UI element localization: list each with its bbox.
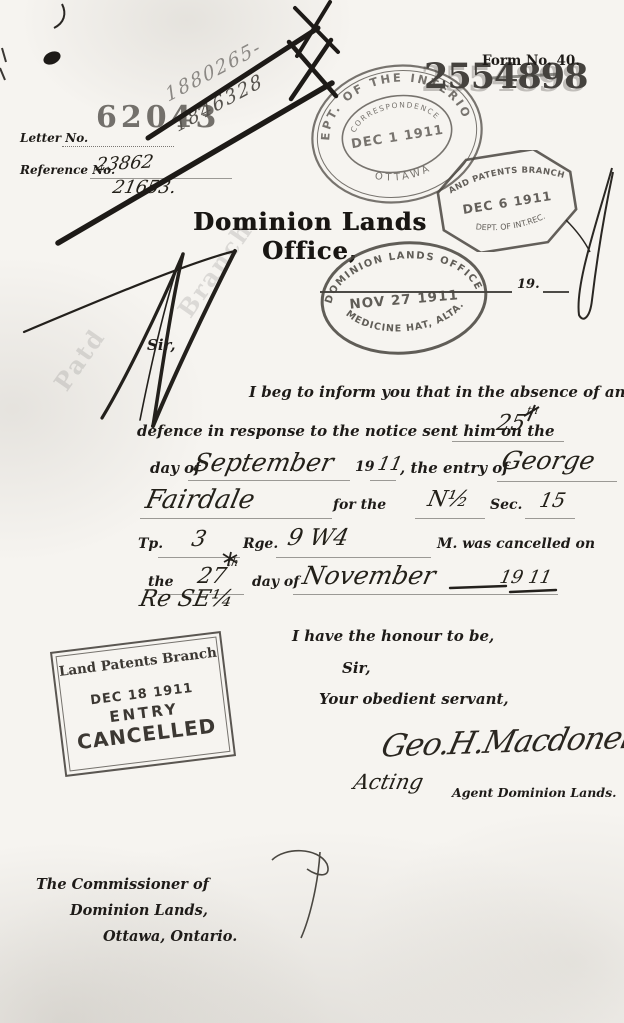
signature-acting-word: Acting	[351, 770, 425, 794]
form-number-label: Form No. 40.	[482, 53, 580, 69]
interior-stamp-bottom-text: OTTAWA	[372, 162, 434, 187]
signature-title-printed: Agent Dominion Lands.	[452, 785, 616, 800]
addressee-line-3: Ottawa, Ontario.	[103, 928, 237, 945]
day-cancelled-suffix: th	[226, 556, 240, 569]
year-cancelled-value: 19 11	[498, 567, 554, 588]
date-line-segment-b	[543, 291, 569, 293]
pen-bottom-squiggle	[272, 851, 328, 938]
octagon-stamp-date: DEC 6 1911	[461, 188, 553, 217]
meridian-cancelled-label: M. was cancelled on	[437, 536, 595, 552]
entry-of-label: , the entry of	[400, 459, 509, 477]
closing-servant-line: Your obedient servant,	[319, 690, 509, 708]
oval-stamp-date: NOV 27 1911	[349, 287, 460, 312]
letter-no-blank-line	[62, 146, 174, 147]
svg-text:DEPT. OF INT.REC.: DEPT. OF INT.REC.	[474, 211, 547, 236]
land-part-underline	[415, 518, 485, 519]
salutation: Sir,	[147, 336, 176, 354]
day-sent-value: 25	[494, 411, 527, 436]
tp-value: 3	[189, 527, 208, 552]
last-name-underline	[140, 518, 332, 519]
month-sent-underline	[188, 480, 350, 481]
entrant-last-name: Fairdale	[143, 485, 258, 515]
for-the-label: for the	[333, 497, 386, 513]
ink-blob	[41, 49, 62, 67]
addressee-line-2: Dominion Lands,	[70, 902, 208, 919]
first-name-underline	[497, 481, 617, 482]
tp-label: Tp.	[138, 536, 163, 552]
addressee-line-1: The Commissioner of	[36, 876, 209, 893]
entry-cancelled-stamp-inner: Land Patents Branch DEC 18 1911 ENTRY CA…	[56, 637, 231, 772]
day-sent-suffix: th	[526, 404, 540, 417]
medicine-hat-oval-stamp: DOMINION LANDS OFFICE NOV 27 1911 MEDICI…	[318, 240, 490, 358]
rge-label: Rge.	[243, 536, 278, 552]
ghost-stamp-word-1: Patd	[48, 323, 111, 396]
body-line-2: defence in response to the notice sent h…	[137, 422, 555, 440]
pen-x-mark-1	[295, 2, 338, 56]
signature: Geo.H.Macdonell	[378, 719, 624, 764]
svg-text:OTTAWA: OTTAWA	[372, 162, 434, 187]
rge-underline	[276, 557, 431, 558]
month-cancelled-value: November	[300, 561, 438, 590]
sec-underline	[525, 518, 575, 519]
margin-note: Re SE¼	[137, 586, 236, 612]
day-sent-underline	[452, 441, 564, 442]
interior-stamp-date: DEC 1 1911	[350, 123, 445, 152]
reference-value-2: 21653.	[111, 177, 178, 198]
month-cancelled-underline	[293, 594, 558, 595]
year-sent-underline	[370, 480, 396, 481]
rge-value: 9 W4	[285, 525, 351, 551]
scanned-letter-page: Patd Branch Form No. 40. 2554898 62043 1…	[0, 0, 624, 1023]
body-line-1: I beg to inform you that in the absence …	[249, 383, 624, 401]
day-of-label-2: day of	[252, 574, 299, 590]
month-sent-value: September	[191, 448, 336, 477]
pen-hook-top-left	[54, 4, 64, 28]
pen-left-edge-ticks	[0, 48, 6, 80]
sec-label: Sec.	[490, 497, 522, 513]
reference-value-1: 23862	[94, 151, 155, 175]
land-part-value: N½	[425, 487, 471, 512]
entry-cancelled-branch: Land Patents Branch	[58, 645, 219, 680]
closing-honour-line: I have the honour to be,	[292, 627, 494, 645]
closing-sir-line: Sir,	[342, 659, 371, 677]
year-sent-value: 11	[376, 453, 405, 475]
octagon-stamp-bottom-text: DEPT. OF INT.REC.	[474, 211, 547, 236]
sec-value: 15	[537, 488, 568, 512]
entry-cancelled-stamp: Land Patents Branch DEC 18 1911 ENTRY CA…	[50, 631, 236, 777]
entrant-first-name: George	[499, 446, 598, 475]
letter-no-label: Letter No.	[20, 131, 88, 145]
year-prefix-printed: 19	[355, 459, 374, 475]
year-printed: 19.	[517, 277, 540, 292]
